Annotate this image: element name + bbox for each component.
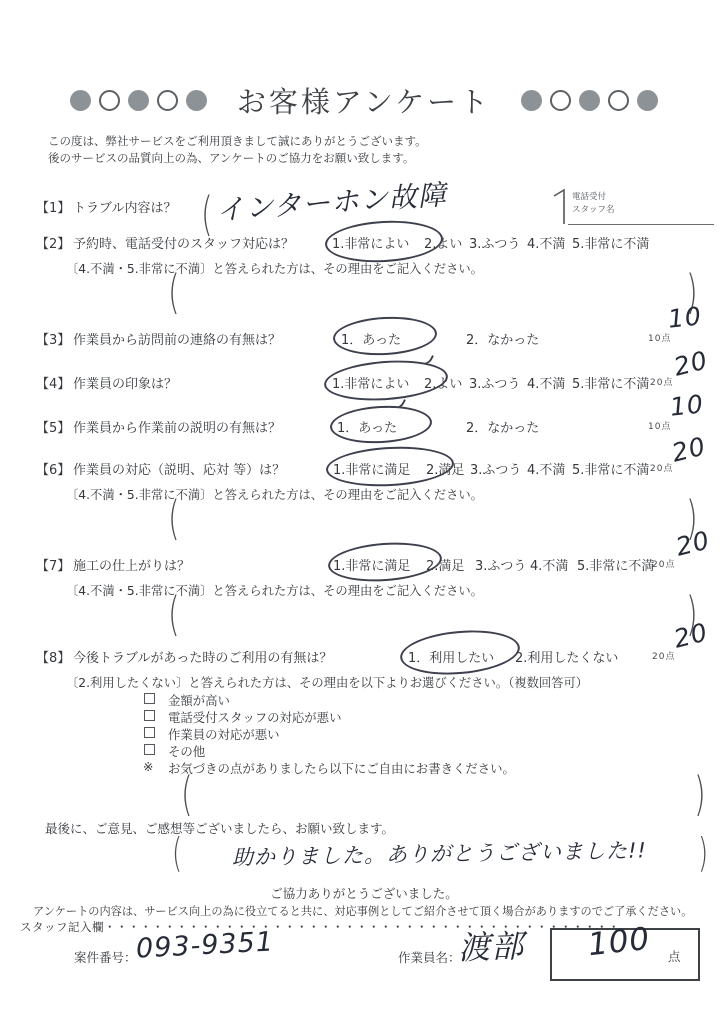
q7-reason-note: 〔4.不満・5.非常に不満〕と答えられた方は、その理由をご記入ください。 bbox=[66, 581, 483, 599]
q5-option-2: 2．なかった bbox=[466, 417, 539, 436]
question-7-number: 【7】 bbox=[36, 555, 70, 574]
q5-handwritten-score: 10 bbox=[669, 389, 706, 421]
checkbox-icon bbox=[144, 693, 155, 704]
reception-underline bbox=[568, 224, 714, 225]
q7-option-3: 3.ふつう bbox=[475, 555, 526, 574]
q4-option-3: 3.ふつう bbox=[469, 373, 520, 392]
q8-answer-circle bbox=[398, 626, 521, 679]
reception-label-2: スタッフ名 bbox=[572, 204, 615, 217]
decor-circle-filled-icon bbox=[521, 90, 542, 111]
reception-bracket bbox=[552, 188, 568, 226]
q4-option-4: 4.不満 bbox=[527, 373, 565, 392]
q5-answer-circle bbox=[329, 403, 433, 445]
worker-name-handwritten: 渡部 bbox=[457, 921, 525, 969]
q8-reason-note: 〔2.利用したくない〕と答えられた方は、その理由を以下よりお選びください。（複数… bbox=[66, 673, 588, 691]
decor-circle-filled-icon bbox=[637, 90, 658, 111]
q6-points-label: 20点 bbox=[650, 461, 673, 474]
decor-circle-open-icon bbox=[550, 90, 571, 111]
q8-free-open-paren: ( bbox=[181, 768, 193, 822]
total-score-handwritten: 100 bbox=[586, 921, 652, 963]
q2-reason-open-paren: ( bbox=[168, 266, 180, 320]
intro-line-1: この度は、弊社サービスをご利用頂きまして誠にありがとうございます。 bbox=[48, 133, 688, 150]
q8-free-note-row: ※ お気づきの点がありましたら以下にご自由にお書きください。 bbox=[0, 759, 728, 779]
q7-points-label: 20点 bbox=[652, 557, 675, 570]
q2-option-5: 5.非常に不満 bbox=[572, 233, 649, 252]
question-8-note-row: 〔2.利用したくない〕と答えられた方は、その理由を以下よりお選びください。（複数… bbox=[0, 673, 728, 693]
staff-section-label: スタッフ記入欄 bbox=[20, 920, 104, 934]
q2-answer-circle bbox=[324, 218, 444, 265]
q7-option-5: 5.非常に不満 bbox=[577, 555, 654, 574]
q8-points-label: 20点 bbox=[652, 649, 675, 662]
q5-points-label: 10点 bbox=[648, 419, 671, 432]
question-7-note-row: 〔4.不満・5.非常に不満〕と答えられた方は、その理由をご記入ください。 bbox=[0, 581, 728, 601]
q2-option-3: 3.ふつう bbox=[469, 233, 520, 252]
question-3-number: 【3】 bbox=[36, 329, 70, 348]
question-6-note-row: 〔4.不満・5.非常に不満〕と答えられた方は、その理由をご記入ください。 bbox=[0, 485, 728, 505]
q2-option-4: 4.不満 bbox=[527, 233, 565, 252]
decor-circle-open-icon bbox=[99, 90, 120, 111]
decor-circle-filled-icon bbox=[128, 90, 149, 111]
question-2-number: 【2】 bbox=[36, 233, 70, 252]
q4-points-label: 20点 bbox=[650, 375, 673, 388]
question-6-number: 【6】 bbox=[36, 459, 70, 478]
decor-circle-filled-icon bbox=[70, 90, 91, 111]
q8-free-close-paren: ) bbox=[694, 768, 706, 822]
comment-close-paren: ) bbox=[698, 831, 708, 878]
decor-circle-filled-icon bbox=[186, 90, 207, 111]
question-2-text: 予約時、電話受付のスタッフ対応は？ bbox=[73, 233, 294, 252]
q8-checkbox-label-2: 電話受付スタッフの対応が悪い bbox=[168, 708, 341, 726]
case-number-label: 案件番号： bbox=[74, 948, 137, 966]
q8-free-note: お気づきの点がありましたら以下にご自由にお書きください。 bbox=[168, 759, 515, 777]
decor-circle-open-icon bbox=[608, 90, 629, 111]
comment-open-paren: ( bbox=[172, 831, 182, 878]
q3-handwritten-score: 10 bbox=[667, 301, 704, 333]
case-number-handwritten: 093-9351 bbox=[135, 926, 274, 964]
question-7-text: 施工の仕上がりは？ bbox=[73, 555, 190, 574]
header: お客様アンケート bbox=[0, 80, 728, 121]
question-2-note-row: 〔4.不満・5.非常に不満〕と答えられた方は、その理由をご記入ください。 bbox=[0, 259, 728, 279]
q2-reason-note: 〔4.不満・5.非常に不満〕と答えられた方は、その理由をご記入ください。 bbox=[66, 259, 483, 277]
reception-label-1: 電話受付 bbox=[572, 191, 606, 204]
q3-points-label: 10点 bbox=[648, 331, 671, 344]
question-4-number: 【4】 bbox=[36, 373, 70, 392]
question-6-text: 作業員の対応（説明、応対 等）は？ bbox=[73, 459, 285, 478]
closing-request: 最後に、ご意見、ご感想等ございましたら、お願い致します。 bbox=[45, 819, 394, 837]
question-1-text: トラブル内容は？ bbox=[73, 197, 176, 216]
q3-option-2: 2．なかった bbox=[466, 329, 539, 348]
decor-circles-left bbox=[70, 90, 207, 111]
q1-handwritten-answer: インターホン故障 bbox=[215, 173, 448, 229]
q7-answer-circle bbox=[327, 539, 443, 585]
disclaimer-text: アンケートの内容は、サービス向上の為に役立てると共に、対応事例としてご紹介させて… bbox=[33, 903, 723, 919]
q6-answer-circle bbox=[325, 444, 455, 490]
question-5-text: 作業員から作業前の説明の有無は？ bbox=[73, 417, 281, 436]
q6-reason-open-paren: ( bbox=[168, 492, 180, 546]
worker-name-label: 作業員名： bbox=[398, 948, 461, 966]
intro-line-2: 後のサービスの品質向上の為、アンケートのご協力をお願い致します。 bbox=[48, 150, 688, 167]
checkbox-icon bbox=[144, 744, 155, 755]
asterisk-mark-icon: ※ bbox=[143, 759, 153, 774]
q8-checkbox-label-3: 作業員の対応が悪い bbox=[168, 725, 280, 743]
page-title: お客様アンケート bbox=[237, 80, 491, 121]
question-1-number: 【1】 bbox=[36, 197, 70, 216]
q8-checkbox-label-4: その他 bbox=[168, 742, 205, 760]
score-unit-label: 点 bbox=[668, 947, 681, 965]
question-5-number: 【5】 bbox=[36, 417, 70, 436]
checkbox-icon bbox=[144, 727, 155, 738]
q8-checkbox-label-1: 金額が高い bbox=[168, 691, 230, 709]
checkbox-icon bbox=[144, 710, 155, 721]
decor-circle-open-icon bbox=[157, 90, 178, 111]
q6-option-3: 3.ふつう bbox=[470, 459, 521, 478]
q6-option-4: 4.不満 bbox=[527, 459, 565, 478]
q7-reason-open-paren: ( bbox=[168, 588, 180, 642]
handwritten-comment: 助かりました。ありがとうございました!! bbox=[232, 834, 647, 871]
q6-reason-note: 〔4.不満・5.非常に不満〕と答えられた方は、その理由をご記入ください。 bbox=[66, 485, 483, 503]
question-4-text: 作業員の印象は？ bbox=[73, 373, 177, 392]
question-8-row: 【8】 今後トラブルがあった時のご利用の有無は？ 1．利用したい 2.利用したく… bbox=[0, 647, 728, 667]
q7-option-4: 4.不満 bbox=[530, 555, 568, 574]
question-8-number: 【8】 bbox=[36, 647, 70, 666]
question-3-text: 作業員から訪問前の連絡の有無は？ bbox=[73, 329, 281, 348]
decor-circles-right bbox=[521, 90, 658, 111]
thanks-text: ご協力ありがとうございました。 bbox=[0, 884, 728, 902]
q4-option-5: 5.非常に不満 bbox=[572, 373, 649, 392]
staff-section-line: スタッフ記入欄・・・・・・・・・・・・・・・・・・・・・・・・・・・・・・・・・… bbox=[20, 919, 620, 935]
q6-option-5: 5.非常に不満 bbox=[572, 459, 649, 478]
scanned-survey-document: お客様アンケート この度は、弊社サービスをご利用頂きまして誠にありがとうございま… bbox=[0, 0, 728, 1029]
q8-option-2: 2.利用したくない bbox=[515, 647, 618, 666]
decor-circle-filled-icon bbox=[579, 90, 600, 111]
question-8-text: 今後トラブルがあった時のご利用の有無は？ bbox=[73, 647, 332, 666]
